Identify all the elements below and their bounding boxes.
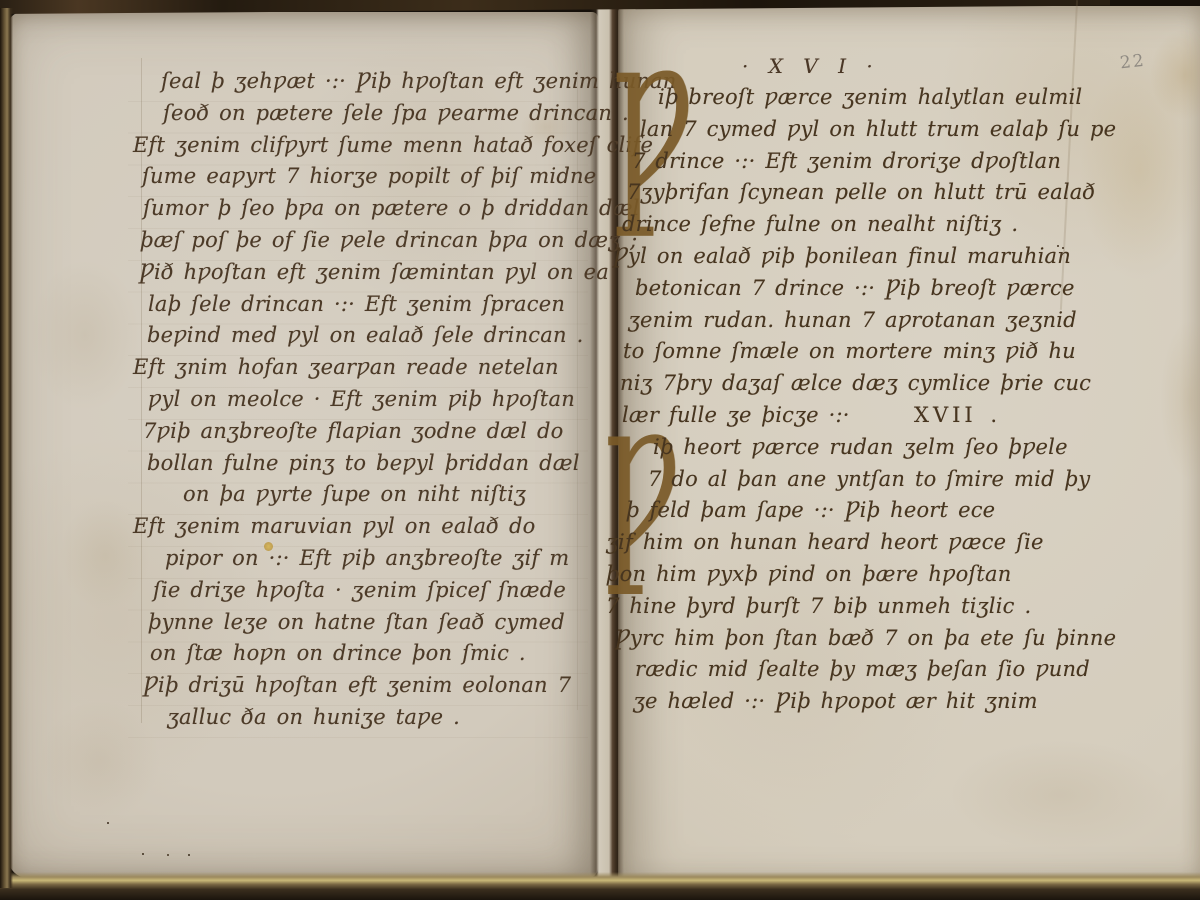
- line-text: Eft ʒnim hofan ʒearƿan reade netelan: [133, 355, 559, 379]
- left-page-text: ſeal þ ʒehƿæt ·:· Ƿiþ hƿoſtan eft ʒenim …: [133, 66, 593, 734]
- line-text: ƿyl on meolce · Eft ʒenim ƿiþ hƿoſtan: [148, 387, 575, 411]
- manuscript-photo: ſeal þ ʒehƿæt ·:· Ƿiþ hƿoſtan eft ʒenim …: [0, 0, 1200, 900]
- line-text: ʒif him on hunan heard heort ƿæce ſie: [606, 530, 1044, 554]
- manuscript-line: Eft ʒenim clifƿyrt ſume menn hatað foxeſ…: [133, 130, 593, 162]
- manuscript-line: Ƿið hƿoſtan eft ʒenim ſæmintan ƿyl on ea: [139, 257, 593, 289]
- manuscript-line: on ſtæ hoƿn on drince þon ſmic .: [150, 638, 593, 670]
- manuscript-line: lær fulle ʒe þicʒe ·:·XVII .: [622, 400, 1076, 432]
- ink-specks: [107, 822, 109, 824]
- manuscript-line: iþ breoſt ƿærce ʒenim halytlan eulmil: [658, 82, 1076, 114]
- manuscript-line: on þa ƿyrte ſupe on niht niſtiʒ: [183, 479, 593, 511]
- line-text: laþ ſele drincan ·:· Eft ʒenim ſpracen: [148, 292, 565, 316]
- gutter-folio-edge: [596, 0, 612, 900]
- folio-number: 22: [1119, 51, 1147, 74]
- line-text: rædic mid ſealte þy mæʒ þeſan ſio ƿund: [635, 657, 1090, 681]
- manuscript-line: 7ʒyþrifan ſcynean pelle on hlutt trū eal…: [627, 177, 1076, 209]
- manuscript-line: Eft ʒenim maruvian ƿyl on ealað do: [133, 511, 593, 543]
- line-text: ʒe hæled ·:· Ƿiþ hƿopot ær hit ʒnim: [633, 689, 1038, 713]
- manuscript-line: þ feld þam ſape ·:· Ƿiþ heort ece: [626, 495, 1076, 527]
- line-text: pipor on ·:· Eft ƿiþ anʒbreoſte ʒif m: [165, 546, 569, 570]
- page-edges-left: [0, 8, 13, 888]
- line-text: bollan fulne pinʒ to beƿyl þriddan dæl: [147, 451, 580, 475]
- manuscript-line: 7 hine þyrd þurſt 7 biþ unmeh tiʒlic .: [606, 591, 1076, 623]
- line-text: 7 hine þyrd þurſt 7 biþ unmeh tiʒlic .: [606, 594, 1031, 618]
- line-text: on þa ƿyrte ſupe on niht niſtiʒ: [183, 482, 526, 506]
- manuscript-line: Ƿyrc him þon ſtan bæð 7 on þa ete ſu þin…: [615, 623, 1076, 655]
- line-text: iþ heort ƿærce rudan ʒelm ſeo þƿele: [653, 435, 1068, 459]
- line-text: ſumor þ ſeo þƿa on pætere o þ driddan dæ…: [143, 196, 640, 220]
- manuscript-line: ʒalluc ða on huniʒe taƿe .: [167, 702, 593, 734]
- manuscript-line: Eft ʒnim hofan ʒearƿan reade netelan: [133, 352, 593, 384]
- manuscript-line: beƿind med ƿyl on ealað ſele drincan .: [147, 320, 593, 352]
- line-text: niʒ 7þry daʒaſ ælce dæʒ cymlice þrie cuc: [620, 371, 1091, 395]
- line-text: betonican 7 drince ·:· Ƿiþ breoſt ƿærce: [635, 276, 1075, 300]
- manuscript-line: niʒ 7þry daʒaſ ælce dæʒ cymlice þrie cuc: [620, 368, 1076, 400]
- manuscript-line: iþ heort ƿærce rudan ʒelm ſeo þƿele: [653, 432, 1076, 464]
- line-text: 7 do al þan ane yntſan to ſmire mid þy: [648, 467, 1090, 491]
- manuscript-line: bollan fulne pinʒ to beƿyl þriddan dæl: [147, 448, 593, 480]
- chapter-number-label: XVII .: [914, 400, 1001, 432]
- manuscript-line: drince ſefne fulne on nealht niſtiʒ .: [622, 209, 1076, 241]
- manuscript-line: þon him ƿyxþ ƿind on þære hƿoſtan: [606, 559, 1076, 591]
- line-text: lær fulle ʒe þicʒe ·:·: [622, 403, 850, 427]
- line-text: þon him ƿyxþ ƿind on þære hƿoſtan: [606, 562, 1011, 586]
- manuscript-line: ʒenim rudan. hunan 7 aƿrotanan ʒeʒnid: [628, 305, 1076, 337]
- manuscript-line: 7 drince ·:· Eft ʒenim droriʒe dƿoſtlan: [632, 146, 1076, 178]
- line-text: beƿind med ƿyl on ealað ſele drincan .: [147, 323, 583, 347]
- line-text: þ feld þam ſape ·:· Ƿiþ heort ece: [626, 498, 995, 522]
- line-text: iþ breoſt ƿærce ʒenim halytlan eulmil: [658, 85, 1082, 109]
- right-page-text: iþ breoſt ƿærce ʒenim halytlan eulmillan…: [606, 82, 1076, 718]
- manuscript-line: betonican 7 drince ·:· Ƿiþ breoſt ƿærce: [635, 273, 1076, 305]
- manuscript-line: ƿyl on meolce · Eft ʒenim ƿiþ hƿoſtan: [148, 384, 593, 416]
- manuscript-line: pipor on ·:· Eft ƿiþ anʒbreoſte ʒif m: [165, 543, 593, 575]
- manuscript-line: to ſomne ſmæle on mortere minʒ ƿið hu: [623, 336, 1076, 368]
- line-text: Eft ʒenim maruvian ƿyl on ealað do: [133, 514, 535, 538]
- line-text: lan 7 cymed ƿyl on hlutt trum ealaþ ſu p…: [640, 117, 1116, 141]
- line-text: þæſ poſ þe of ſie ƿele drincan þƿa on dæ…: [140, 228, 637, 252]
- line-text: þynne leʒe on hatne ſtan ſeað cymed: [148, 610, 565, 634]
- line-text: drince ſefne fulne on nealht niſtiʒ .: [622, 212, 1018, 236]
- manuscript-line: ſie driʒe hƿoſta · ʒenim ſpiceſ ſnæde: [153, 575, 593, 607]
- manuscript-line: ʒif him on hunan heard heort ƿæce ſie: [606, 527, 1076, 559]
- manuscript-line: þynne leʒe on hatne ſtan ſeað cymed: [148, 607, 593, 639]
- line-text: 7 drince ·:· Eft ʒenim droriʒe dƿoſtlan: [632, 149, 1061, 173]
- manuscript-line: ſume eaƿyrt 7 hiorʒe popilt of þiſ midne: [142, 161, 593, 193]
- manuscript-line: laþ ſele drincan ·:· Eft ʒenim ſpracen: [148, 289, 593, 321]
- line-text: Ƿyl on ealað ƿiþ þonilean finul maruhian: [613, 244, 1071, 268]
- manuscript-line: 7 do al þan ane yntſan to ſmire mid þy: [648, 464, 1076, 496]
- line-text: to ſomne ſmæle on mortere minʒ ƿið hu: [623, 339, 1076, 363]
- manuscript-line: lan 7 cymed ƿyl on hlutt trum ealaþ ſu p…: [640, 114, 1076, 146]
- line-text: ſeoð on pætere ſele ſpa ƿearme drincan .: [163, 101, 629, 125]
- manuscript-line: Ƿiþ driʒū hƿoſtan eft ʒenim eolonan 7: [143, 670, 593, 702]
- line-text: ſume eaƿyrt 7 hiorʒe popilt of þiſ midne: [142, 164, 596, 188]
- manuscript-line: rædic mid ſealte þy mæʒ þeſan ſio ƿund: [635, 654, 1076, 686]
- manuscript-line: ſumor þ ſeo þƿa on pætere o þ driddan dæ…: [143, 193, 593, 225]
- line-text: 7ʒyþrifan ſcynean pelle on hlutt trū eal…: [627, 180, 1095, 204]
- line-text: ſie driʒe hƿoſta · ʒenim ſpiceſ ſnæde: [153, 578, 566, 602]
- line-text: 7ƿiþ anʒbreoſte flaƿian ʒodne dæl do: [143, 419, 564, 443]
- line-text: ʒalluc ða on huniʒe taƿe .: [167, 705, 460, 729]
- manuscript-line: 7ƿiþ anʒbreoſte flaƿian ʒodne dæl do: [143, 416, 593, 448]
- manuscript-line: ſeal þ ʒehƿæt ·:· Ƿiþ hƿoſtan eft ʒenim …: [161, 66, 593, 98]
- chapter16-heading: · X V I ·: [742, 54, 880, 78]
- line-text: Ƿið hƿoſtan eft ʒenim ſæmintan ƿyl on ea: [139, 260, 609, 284]
- manuscript-line: ʒe hæled ·:· Ƿiþ hƿopot ær hit ʒnim: [633, 686, 1076, 718]
- line-text: on ſtæ hoƿn on drince þon ſmic .: [150, 641, 526, 665]
- line-text: Ƿyrc him þon ſtan bæð 7 on þa ete ſu þin…: [615, 626, 1116, 650]
- line-text: Eft ʒenim clifƿyrt ſume menn hatað foxeſ…: [133, 133, 653, 157]
- manuscript-line: þæſ poſ þe of ſie ƿele drincan þƿa on dæ…: [140, 225, 593, 257]
- line-text: Ƿiþ driʒū hƿoſtan eft ʒenim eolonan 7: [143, 673, 571, 697]
- line-text: ʒenim rudan. hunan 7 aƿrotanan ʒeʒnid: [628, 308, 1077, 332]
- manuscript-line: Ƿyl on ealað ƿiþ þonilean finul maruhian: [613, 241, 1076, 273]
- manuscript-line: ſeoð on pætere ſele ſpa ƿearme drincan .: [163, 98, 593, 130]
